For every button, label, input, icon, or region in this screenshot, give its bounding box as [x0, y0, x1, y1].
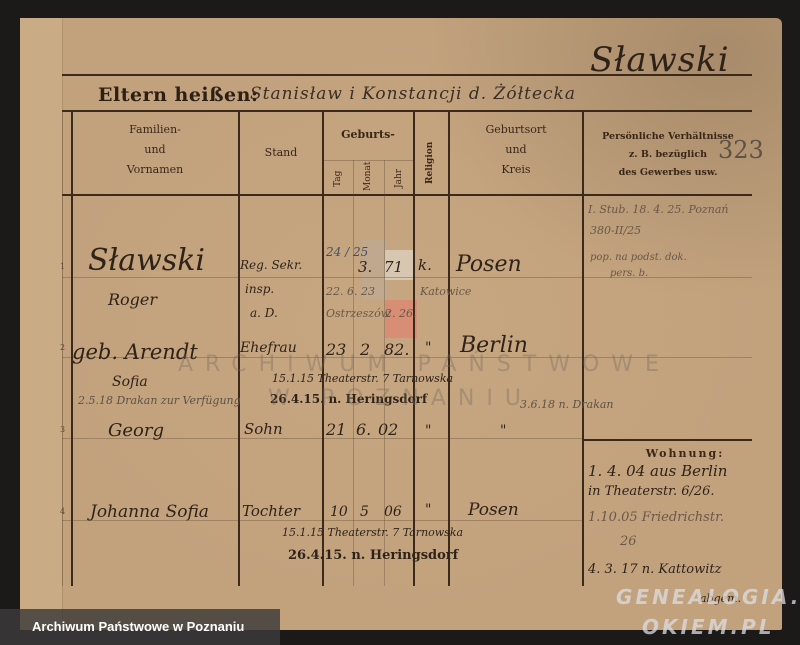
surname-header: Sławski: [590, 40, 730, 80]
entry-1-religion: k.: [418, 256, 432, 274]
entry-1-note-city: Katowice: [420, 285, 471, 298]
entry-3-birthplace: ": [500, 423, 506, 439]
archive-stamp-line-1: ARCHIWUM PAŃSTWOWE: [178, 352, 671, 377]
entry-1-note-death: 22. 6. 23: [326, 285, 375, 298]
row-number-1: 1: [60, 262, 65, 271]
row-number-2: 2: [60, 343, 65, 352]
entry-4-note-address: 15.1.15 Theaterstr. 7 Tarnowska: [282, 526, 463, 539]
entry-1-status-2: insp.: [245, 282, 274, 296]
residence-label: Wohnung:: [630, 444, 740, 464]
personal-note-3: pop. na podst. dok.: [590, 252, 687, 263]
personal-note-2: 380-II/25: [590, 224, 641, 237]
header-religion: Religion: [425, 140, 435, 185]
residence-entry-3: 1.10.05 Friedrichstr.: [588, 510, 724, 525]
col-religion-left: [413, 110, 415, 586]
header-birth-year: Jahr: [394, 166, 404, 190]
entry-4-month: 5: [360, 504, 369, 520]
residence-entry-2: in Theaterstr. 6/26.: [588, 484, 715, 499]
card-fold-margin: [20, 18, 63, 630]
entry-3-year: 02: [378, 420, 398, 439]
entry-3-month: 6.: [356, 420, 371, 439]
entry-2-given: Sofia: [112, 374, 148, 390]
entry-4-note-departure: 26.4.15. n. Heringsdorf: [288, 548, 458, 563]
entry-4-day: 10: [330, 504, 348, 520]
watermark-line-2: OKIEM.PL: [642, 615, 775, 639]
entry-1-note-place: Ostrzeszów: [326, 307, 390, 320]
row-number-3: 3: [60, 425, 65, 434]
entry-4-status: Tochter: [242, 502, 300, 520]
entry-1-year: 71: [384, 258, 403, 276]
entry-1-month: 3.: [358, 258, 372, 276]
wohnung-rule: [582, 439, 752, 441]
personal-note-4: pers. b.: [610, 268, 648, 279]
entry-3-day: 21: [326, 420, 346, 439]
entry-2-note-return: 3.6.18 n. Drakan: [520, 398, 614, 411]
entry-4-religion: ": [425, 502, 431, 518]
header-birth-day: Tag: [333, 168, 343, 190]
archive-number: 323: [718, 136, 764, 164]
parents-label: Eltern heißen:: [98, 84, 258, 106]
entry-1-note-date: 2. 26.: [385, 307, 417, 320]
entry-1-status-1: Reg. Sekr.: [240, 258, 302, 272]
header-names: Familien- und Vornamen: [75, 120, 235, 180]
header-birth-month: Monat: [363, 163, 373, 191]
residence-entry-1: 1. 4. 04 aus Berlin: [588, 462, 727, 480]
residence-entry-4: 26: [620, 534, 637, 549]
entry-3-religion: ": [425, 423, 431, 439]
entry-4-given: Johanna Sofia: [90, 502, 209, 522]
archive-credit: Archiwum Państwowe w Poznaniu: [32, 619, 244, 634]
header-bottom-rule: [62, 194, 752, 196]
entry-2-note-drakan: 2.5.18 Drakan zur Verfügung: [78, 394, 241, 407]
birth-subheader-rule: [322, 160, 415, 161]
entry-1-surname: Sławski: [88, 243, 205, 278]
row-number-4: 4: [60, 507, 65, 516]
entry-1-status-3: a. D.: [250, 306, 278, 320]
parents-value: Stanisław i Konstancji d. Żółtecka: [250, 84, 576, 104]
personal-note-1: I. Stub. 18. 4. 25. Poznań: [588, 203, 729, 216]
header-birthplace: Geburtsort und Kreis: [450, 120, 582, 180]
entry-1-day: 24 / 25: [326, 245, 368, 259]
col-birthplace-left: [448, 110, 450, 586]
entry-1-birthplace: Posen: [456, 252, 522, 277]
entry-4-birthplace: Posen: [468, 500, 519, 520]
col-birth-left: [322, 110, 324, 586]
header-status: Stand: [240, 143, 322, 163]
watermark-line-1: GENEALOGIA.: [616, 585, 800, 609]
header-top-rule: [62, 110, 752, 112]
entry-1-given: Roger: [108, 290, 157, 309]
archive-stamp-line-2: W POZNANIU: [268, 386, 533, 411]
header-birth: Geburts-: [322, 125, 414, 145]
residence-entry-5: 4. 3. 17 n. Kattowitz: [588, 562, 721, 577]
entry-3-status: Sohn: [244, 420, 283, 438]
entry-3-given: Georg: [108, 420, 164, 441]
entry-4-year: 06: [384, 504, 402, 520]
